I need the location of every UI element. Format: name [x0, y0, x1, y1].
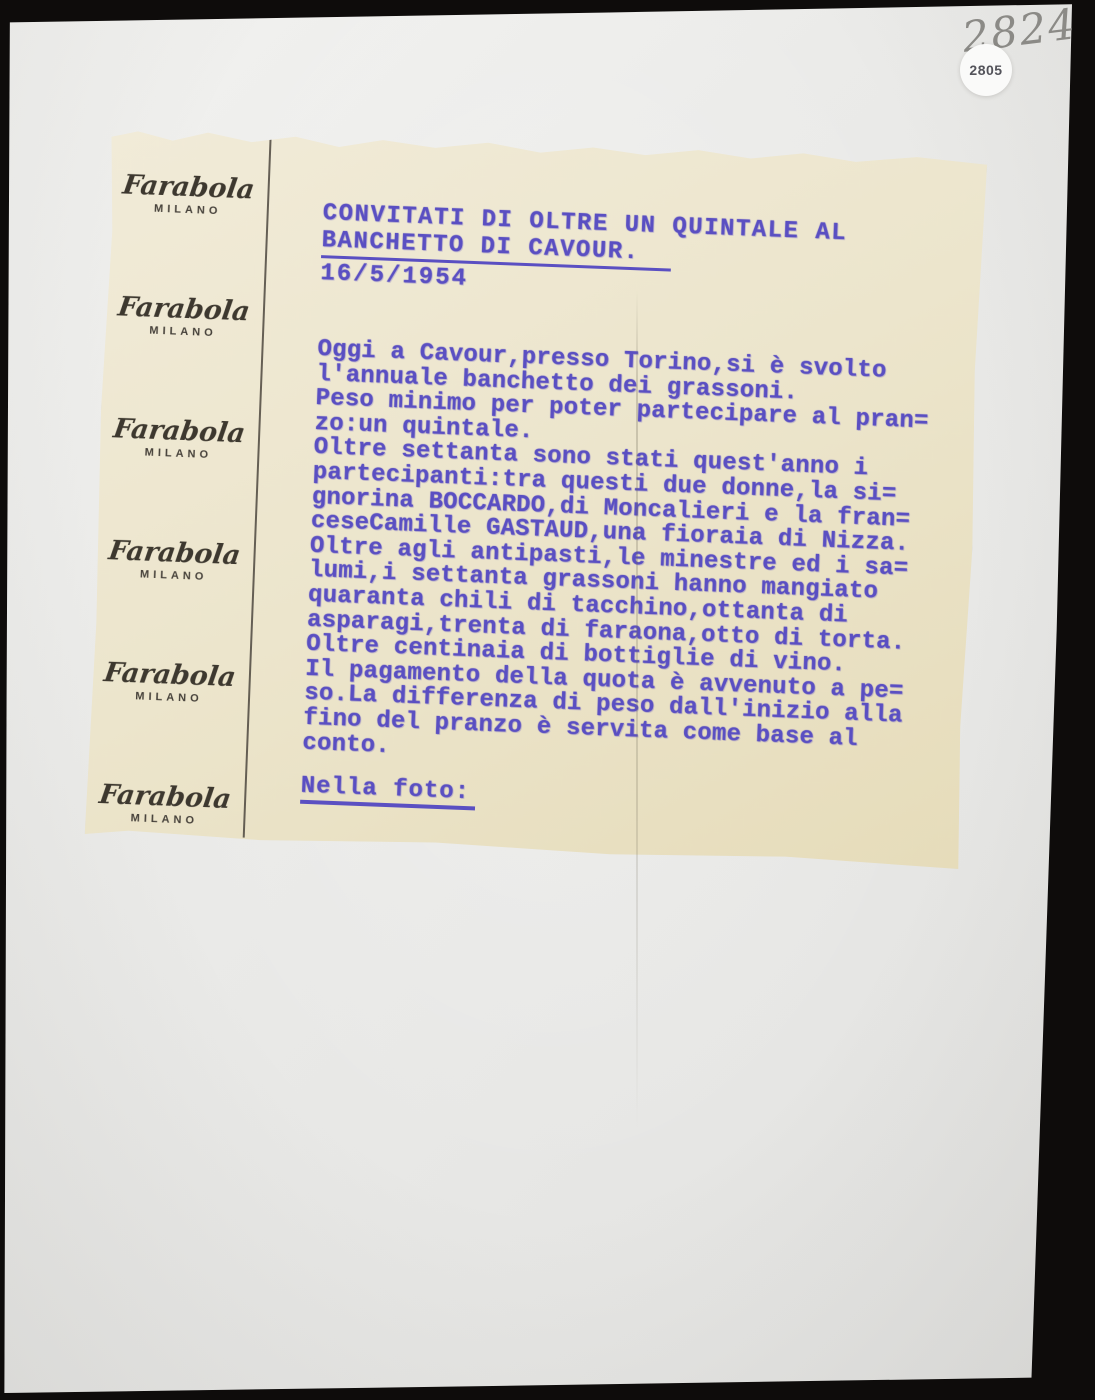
archive-number-sticker: 2805	[960, 44, 1012, 96]
agency-stamp: Farabola MILANO	[85, 780, 245, 831]
agency-stamp: Farabola MILANO	[99, 414, 259, 465]
agency-name-logo: Farabola	[108, 170, 270, 206]
agency-name-logo: Farabola	[103, 292, 265, 328]
caption-card: Farabola MILANO Farabola MILANO Farabola…	[85, 124, 988, 869]
caption-body: Oggi a Cavour,presso Torino,si è svoltol…	[302, 338, 974, 781]
typed-caption: CONVITATI DI OLTRE UN QUINTALE AL BANCHE…	[300, 200, 979, 829]
agency-stamp: Farabola MILANO	[104, 292, 264, 343]
agency-name-logo: Farabola	[84, 780, 246, 816]
agency-name-logo: Farabola	[89, 658, 251, 694]
caption-footer: Nella foto:	[300, 773, 957, 829]
agency-name-logo: Farabola	[98, 414, 260, 450]
agency-stamp: Farabola MILANO	[94, 536, 254, 587]
agency-name-logo: Farabola	[93, 536, 255, 572]
scanned-photo-back: Farabola MILANO Farabola MILANO Farabola…	[0, 0, 1095, 1400]
caption-footer-underlined-text: Nella foto:	[300, 773, 476, 811]
agency-stamp: Farabola MILANO	[90, 658, 250, 709]
agency-stamp-column: Farabola MILANO Farabola MILANO Farabola…	[85, 124, 270, 842]
agency-stamp: Farabola MILANO	[109, 170, 269, 221]
sticker-number-label: 2805	[969, 62, 1002, 78]
